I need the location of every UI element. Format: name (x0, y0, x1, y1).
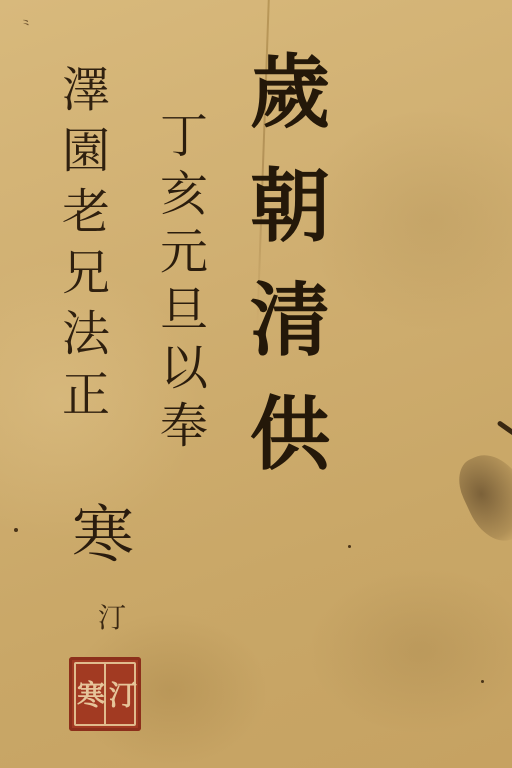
date-char: 旦 (160, 286, 208, 334)
ink-painting-fragment (450, 444, 512, 551)
signature-char: 汀 (98, 604, 126, 632)
calligraphy-paper: ⺀ 歲 朝 清 供 丁 亥 元 旦 以 奉 澤 園 老 兄 法 正 汀 寒 寒 … (0, 0, 512, 768)
date-column: 丁 亥 元 旦 以 奉 (160, 112, 208, 450)
title-column: 歲 朝 清 供 (250, 52, 330, 474)
signature-large-char: 寒 (72, 504, 134, 566)
title-char: 歲 (250, 52, 330, 132)
seal-char: 寒 (75, 680, 103, 708)
dedication-char: 兄 (62, 249, 110, 297)
dedication-char: 澤 (62, 66, 110, 114)
ink-speck (481, 680, 484, 683)
title-char: 朝 (250, 166, 330, 246)
dedication-char: 正 (62, 371, 110, 419)
signature: 汀 (98, 604, 126, 632)
date-char: 元 (160, 228, 208, 276)
ink-stroke-fragment (497, 420, 512, 437)
seal-char: 汀 (107, 680, 135, 708)
date-char: 以 (160, 344, 208, 392)
date-char: 丁 (160, 112, 208, 160)
dedication-char: 法 (62, 310, 110, 358)
dedication-char: 園 (62, 127, 110, 175)
dedication-char: 老 (62, 188, 110, 236)
dedication-column: 澤 園 老 兄 法 正 (62, 66, 110, 419)
date-char: 奉 (160, 402, 208, 450)
red-seal-stamp: 寒 汀 (69, 657, 141, 731)
ink-speck (348, 545, 351, 548)
corner-mark: ⺀ (18, 14, 37, 37)
ink-speck (14, 528, 18, 532)
title-char: 清 (250, 280, 330, 360)
title-char: 供 (250, 394, 330, 474)
date-char: 亥 (160, 170, 208, 218)
